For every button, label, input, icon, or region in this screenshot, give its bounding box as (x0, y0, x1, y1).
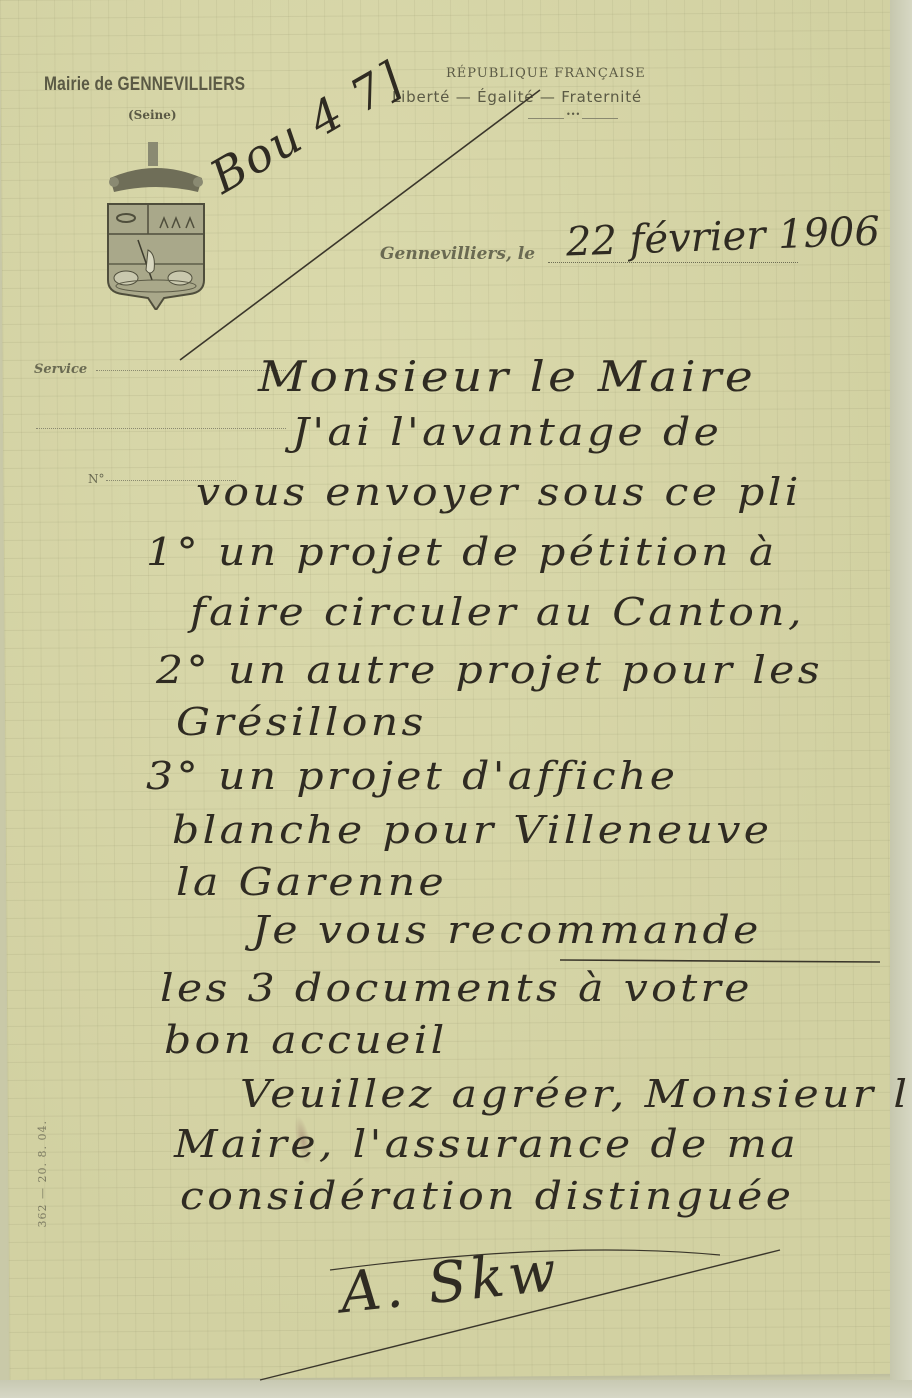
republique-heading: RÉPUBLIQUE FRANÇAISE (446, 66, 646, 81)
coat-of-arms-icon (104, 140, 208, 310)
national-motto: Liberté — Égalité — Fraternité (392, 88, 642, 106)
letter-line: Grésillons (176, 700, 427, 744)
mairie-heading: Mairie de GENNEVILLIERS (44, 74, 245, 96)
letter-line: la Garenne (176, 860, 447, 904)
page-edge-right (890, 0, 912, 1398)
ornament-divider (528, 114, 618, 122)
numero-label: N° (88, 472, 105, 486)
letter-line: les 3 documents à votre (160, 966, 753, 1010)
letter-line: 2° un autre projet pour les (156, 648, 823, 692)
letter-line: faire circuler au Canton, (190, 590, 805, 634)
department-label: (Seine) (128, 108, 177, 122)
service-dotted-line-2 (36, 428, 286, 429)
letter-line: bon accueil (164, 1018, 448, 1062)
letter-line: J'ai l'avantage de (292, 410, 722, 454)
letter-line: Veuillez agréer, Monsieur le (240, 1072, 912, 1116)
salutation: Monsieur le Maire (258, 352, 756, 401)
printer-imprint: 362 — 20. 8. 04. (36, 1120, 49, 1227)
letter-line: 1° un projet de pétition à (146, 530, 778, 574)
letter-line: vous envoyer sous ce pli (196, 470, 802, 514)
letter-line: considération distinguée (180, 1174, 794, 1218)
letter-line: 3° un projet d'affiche (146, 754, 678, 798)
letter-line: Je vous recommande (252, 908, 762, 952)
letter-line: blanche pour Villeneuve (172, 808, 772, 852)
date-label: Gennevilliers, le (380, 244, 535, 264)
letter-line: Maire, l'assurance de ma (174, 1122, 799, 1166)
page-edge-bottom (0, 1380, 912, 1398)
service-label: Service (34, 362, 87, 377)
